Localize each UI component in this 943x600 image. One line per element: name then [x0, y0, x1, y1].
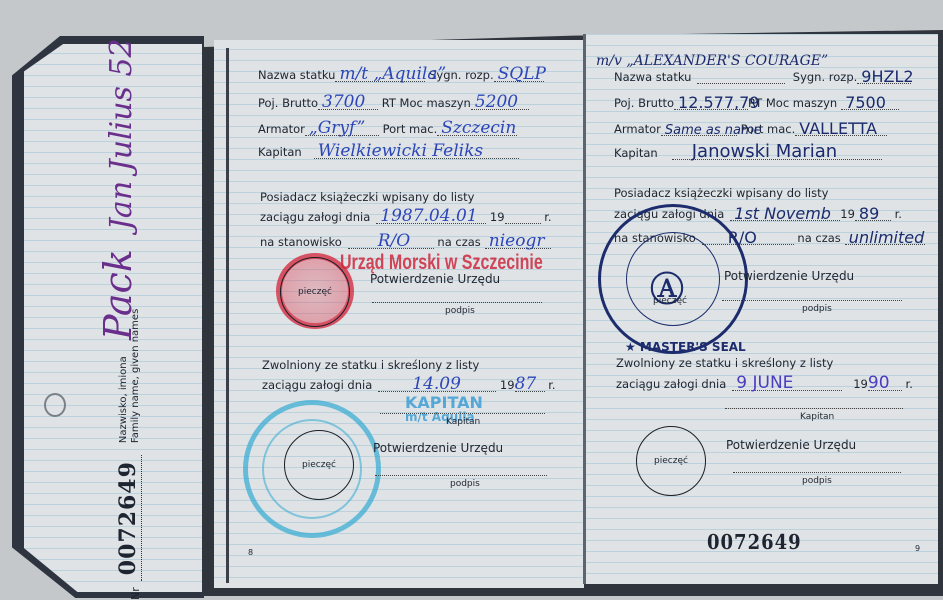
p9-discharge-row: zaciągu załogi dnia 9 JUNE 19 90 r. [616, 377, 913, 391]
p8-discharge-seal-circle: pieczęć [284, 430, 354, 500]
label: na stanowisko [260, 235, 342, 249]
label: 19 [853, 377, 868, 391]
p8-owner-row: Armator „Gryf” Port mac. Szczecin [258, 122, 517, 136]
p8-discharge-date: 14.09 [412, 376, 461, 393]
label: r. [548, 378, 555, 392]
label: r. [895, 207, 902, 221]
p8-ship-row: Nazwa statku m/t „Aquila” Sygn. rozp. SQ… [258, 68, 544, 82]
p9-signature-caption: podpis [802, 304, 832, 314]
p9-signature-line [722, 300, 902, 301]
seal-label: pieczęć [302, 460, 336, 470]
p8-discharge-signature-line [375, 475, 547, 476]
p9-duration: unlimited [849, 230, 924, 246]
flap-label-strip: Nr 0072649 Nazwisko, imiona Family name,… [115, 309, 142, 600]
label: r. [906, 377, 913, 391]
page-serial-number: 0072649 [707, 530, 802, 554]
p9-ship-name-field [697, 70, 785, 84]
page-number-8: 8 [248, 548, 253, 557]
p9-ship-name: m/v „ALEXANDER'S COURAGE” [596, 54, 828, 68]
label: zaciągu załogi dnia [616, 377, 726, 391]
label: Poj. Brutto [258, 96, 318, 110]
flap-serial-number: 0072649 [115, 455, 142, 581]
p8-call-sign: SQLP [498, 66, 546, 83]
p9-discharge-signature-line [733, 472, 901, 473]
flap-nr-label: Nr [129, 587, 142, 600]
p8-gross-tonnage: 3700 [322, 94, 365, 111]
p8-ship-name: m/t „Aquila” [339, 66, 446, 83]
p8-duration: nieogr [489, 233, 545, 250]
p8-engine-power: 5200 [475, 94, 518, 111]
page-number-9: 9 [915, 544, 920, 553]
p8-entry-row: zaciągu załogi dnia 1987.04.01 19 r. [260, 210, 552, 224]
label: 19 [840, 207, 855, 221]
p8-position-row: na stanowisko R/O na czas nieogr [260, 235, 551, 249]
p8-captain-signature-line [380, 413, 545, 414]
p9-duration-field: unlimited [845, 231, 925, 245]
label: Armator [258, 122, 305, 136]
p8-signature-line [372, 302, 542, 303]
p8-home-port: Szczecin [441, 120, 516, 137]
p9-discharge-confirmation-label: Potwierdzenie Urzędu [726, 438, 856, 452]
p9-gross-tonnage: 12.577,79 [678, 95, 759, 111]
label: zaciągu załogi dnia [262, 378, 372, 392]
p8-captain-row: Kapitan Wielkiewicki Feliks [258, 145, 519, 159]
p9-entry-year-field: 89 [855, 207, 891, 221]
holder-given-names: Jan Julius 52 [104, 38, 139, 230]
p8-entry-year-field [505, 210, 541, 224]
label: Kapitan [614, 146, 658, 160]
p8-port-field: Szczecin [437, 122, 517, 136]
p8-tonnage-row: Poj. Brutto 3700 RT Moc maszyn 5200 [258, 96, 529, 110]
p9-owner: Same as name [665, 124, 762, 137]
p9-seal-circle: pieczęć [632, 250, 708, 326]
label: 19 [490, 210, 505, 224]
p8-discharge-year: 87 [515, 376, 537, 393]
p9-captain-caption: Kapitan [800, 412, 834, 422]
holder-surname: Pack [96, 249, 140, 340]
p8-signature-caption: podpis [445, 306, 475, 316]
p8-discharge-line1: Zwolniony ze statku i skreślony z listy [262, 358, 479, 372]
p9-discharge-year-field: 90 [868, 377, 902, 391]
p8-entry-date: 1987.04.01 [380, 208, 477, 225]
label: na czas [437, 235, 480, 249]
label: Moc maszyn [766, 96, 837, 110]
p8-captain-field: Wielkiewicki Feliks [314, 145, 519, 159]
p8-position-field: R/O [348, 235, 434, 249]
p8-duration-field: nieogr [485, 235, 551, 249]
p8-ship-name-field: m/t „Aquila” [335, 68, 425, 82]
p9-captain: Janowski Marian [692, 143, 837, 161]
label: r. [544, 210, 551, 224]
p9-call-sign: 9HZL2 [861, 69, 913, 85]
p9-discharge-year: 90 [868, 375, 890, 392]
p8-tonnage-field: 3700 [318, 96, 378, 110]
label: Kapitan [258, 145, 302, 159]
p8-owner: „Gryf” [309, 120, 365, 137]
masters-seal-text: ★ MASTER'S SEAL [625, 340, 746, 354]
p8-owner-field: „Gryf” [305, 122, 379, 136]
label: Poj. Brutto [614, 96, 674, 110]
p8-discharge-signature-caption: podpis [450, 479, 480, 489]
punch-hole [44, 393, 66, 417]
label: Posiadacz książeczki wpisany do listy [614, 186, 828, 200]
captain-stamp-line1: KAPITAN [405, 396, 483, 410]
label: na czas [797, 231, 840, 245]
label: Moc maszyn [400, 96, 471, 110]
page-gutter [583, 34, 586, 584]
p9-discharge-line1: Zwolniony ze statku i skreślony z listy [616, 356, 833, 370]
label: Sygn. rozp. [793, 70, 858, 84]
p9-discharge-date-field: 9 JUNE [732, 377, 842, 391]
p9-entry-date-field: 1st Novemb [730, 207, 840, 221]
p8-discharge-year-field: 87 [515, 378, 545, 392]
label: RT [382, 96, 396, 110]
p9-discharge-date: 9 JUNE [736, 375, 793, 392]
p8-position: R/O [378, 233, 410, 250]
p8-discharge-confirmation-label: Potwierdzenie Urzędu [373, 441, 503, 455]
p9-office-confirmation-label: Potwierdzenie Urzędu [724, 269, 854, 283]
label: Armator [614, 122, 661, 136]
p8-captain: Wielkiewicki Feliks [318, 143, 483, 160]
p9-captain-row: Kapitan Janowski Marian [614, 146, 882, 160]
p9-owner-row: Armator Same as name Port mac. VALLETTA [614, 122, 887, 136]
p8-entry-date-field: 1987.04.01 [376, 210, 486, 224]
label: Nazwa statku [614, 70, 691, 84]
holder-handwritten-name: Pack Jan Julius 52 [96, 38, 140, 340]
p9-captain-field: Janowski Marian [672, 146, 882, 160]
seal-label: pieczęć [298, 287, 332, 297]
p9-entry-date: 1st Novemb [734, 206, 831, 222]
p8-entry-line1: Posiadacz książeczki wpisany do listy [260, 190, 474, 204]
label: Nazwa statku [258, 68, 335, 82]
p8-discharge-row: zaciągu załogi dnia 14.09 19 87 r. [262, 378, 556, 392]
p9-port-field: VALLETTA [795, 122, 887, 136]
p9-engine-power: 7500 [845, 95, 886, 111]
label: Posiadacz książeczki wpisany do listy [260, 190, 474, 204]
label: Port mac. [383, 122, 438, 136]
seal-label: pieczęć [654, 456, 688, 466]
p8-captain-caption: Kapitan [446, 417, 480, 427]
spine [226, 48, 229, 583]
p9-call-sign-field: 9HZL2 [857, 70, 911, 84]
p9-owner-field: Same as name [661, 122, 737, 136]
p9-entry-year: 89 [859, 206, 879, 222]
p9-discharge-signature-caption: podpis [802, 476, 832, 486]
p9-ship-row: Nazwa statku Sygn. rozp. 9HZL2 [614, 70, 911, 84]
label: Zwolniony ze statku i skreślony z listy [262, 358, 479, 372]
p8-engine-field: 5200 [471, 96, 529, 110]
p8-discharge-date-field: 14.09 [378, 378, 496, 392]
p8-office-confirmation-label: Potwierdzenie Urzędu [370, 272, 500, 286]
seal-label: pieczęć [653, 296, 687, 306]
p9-tonnage-field: 12.577,79 [674, 96, 748, 110]
p9-home-port: VALLETTA [799, 121, 877, 137]
p9-captain-signature-line [725, 408, 903, 409]
p8-call-sign-field: SQLP [494, 68, 544, 82]
label: Zwolniony ze statku i skreślony z listy [616, 356, 833, 370]
p9-discharge-seal-circle: pieczęć [636, 426, 706, 496]
label: zaciągu załogi dnia [260, 210, 370, 224]
p9-engine-field: 7500 [841, 96, 899, 110]
p9-entry-line1: Posiadacz książeczki wpisany do listy [614, 186, 828, 200]
label: 19 [500, 378, 515, 392]
p9-tonnage-row: Poj. Brutto 12.577,79 RT Moc maszyn 7500 [614, 96, 899, 110]
